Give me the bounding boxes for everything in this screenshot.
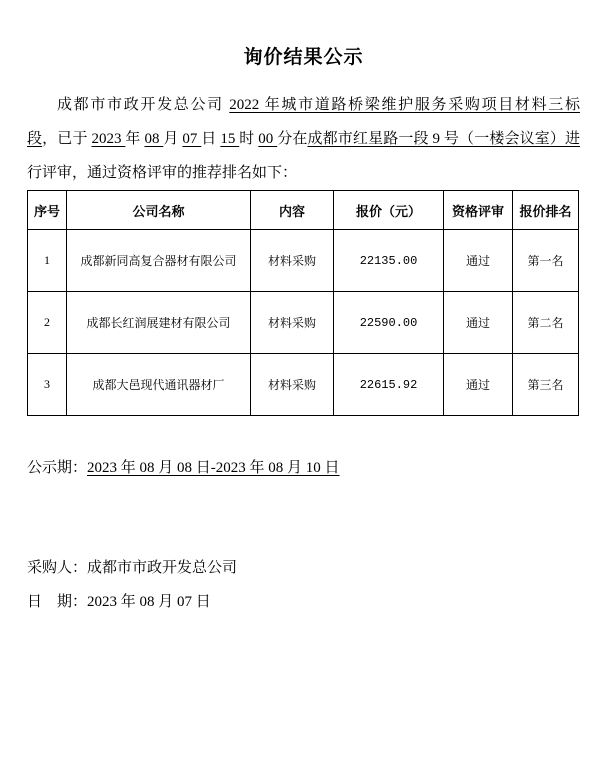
project-name-continued: 段 bbox=[27, 131, 42, 147]
review-month: 08 bbox=[144, 131, 163, 147]
page-title: 询价结果公示 bbox=[27, 0, 580, 68]
publicity-period-line: 公示期：2023 年 08 月 08 日-2023 年 08 月 10 日 bbox=[27, 458, 580, 478]
announcement-document: 询价结果公示 成都市市政开发总公司 2022 年城市道路桥梁维护服务采购项目材料… bbox=[0, 0, 606, 784]
header-company-name: 公司名称 bbox=[67, 191, 251, 230]
intro-text: 年 bbox=[125, 131, 144, 147]
table-row: 3 成都大邑现代通讯器材厂 材料采购 22615.92 通过 第三名 bbox=[28, 354, 579, 416]
table-row: 1 成都新同高复合器材有限公司 材料采购 22135.00 通过 第一名 bbox=[28, 230, 579, 292]
ranking-table: 序号 公司名称 内容 报价（元） 资格评审 报价排名 1 成都新同高复合器材有限… bbox=[27, 190, 579, 416]
intro-text: 分在 bbox=[277, 131, 307, 147]
header-qualification-review: 资格评审 bbox=[444, 191, 513, 230]
intro-line-1: 成都市市政开发总公司 2022 年城市道路桥梁维护服务采购项目材料三标 bbox=[27, 88, 580, 122]
cell-content: 材料采购 bbox=[251, 354, 334, 416]
intro-text: 月 bbox=[163, 131, 182, 147]
intro-paragraph: 成都市市政开发总公司 2022 年城市道路桥梁维护服务采购项目材料三标 段，已于… bbox=[27, 88, 580, 190]
cell-review: 通过 bbox=[444, 292, 513, 354]
cell-company-name: 成都新同高复合器材有限公司 bbox=[67, 230, 251, 292]
project-name-underlined: 2022 年城市道路桥梁维护服务采购项目材料三标 bbox=[229, 97, 580, 113]
purchaser-line: 采购人：成都市市政开发总公司 bbox=[27, 558, 580, 578]
cell-seq-no: 3 bbox=[28, 354, 67, 416]
cell-price: 22615.92 bbox=[334, 354, 444, 416]
publicity-period-label: 公示期： bbox=[27, 460, 87, 476]
cell-price: 22135.00 bbox=[334, 230, 444, 292]
header-seq-no: 序号 bbox=[28, 191, 67, 230]
cell-review: 通过 bbox=[444, 230, 513, 292]
review-minute: 00 bbox=[258, 131, 277, 147]
intro-text: ，已于 bbox=[42, 131, 91, 147]
intro-line-3: 行评审，通过资格评审的推荐排名如下： bbox=[27, 156, 580, 190]
date-line: 日 期：2023 年 08 月 07 日 bbox=[27, 592, 580, 612]
header-content: 内容 bbox=[251, 191, 334, 230]
review-year: 2023 bbox=[91, 131, 125, 147]
review-day: 07 bbox=[182, 131, 201, 147]
intro-text: 成都市市政开发总公司 bbox=[57, 97, 229, 113]
cell-rank: 第三名 bbox=[513, 354, 579, 416]
intro-text: 时 bbox=[239, 131, 258, 147]
intro-line-2: 段，已于 2023 年 08 月 07 日 15 时 00 分在成都市红星路一段… bbox=[27, 122, 580, 156]
cell-price: 22590.00 bbox=[334, 292, 444, 354]
header-price: 报价（元） bbox=[334, 191, 444, 230]
cell-seq-no: 1 bbox=[28, 230, 67, 292]
cell-review: 通过 bbox=[444, 354, 513, 416]
cell-rank: 第一名 bbox=[513, 230, 579, 292]
publicity-period-value: 2023 年 08 月 08 日-2023 年 08 月 10 日 bbox=[87, 460, 340, 476]
review-hour: 15 bbox=[220, 131, 239, 147]
date-label: 日 期： bbox=[27, 594, 87, 610]
date-value: 2023 年 08 月 07 日 bbox=[87, 594, 211, 610]
cell-content: 材料采购 bbox=[251, 292, 334, 354]
table-header-row: 序号 公司名称 内容 报价（元） 资格评审 报价排名 bbox=[28, 191, 579, 230]
purchaser-label: 采购人： bbox=[27, 560, 87, 576]
header-price-rank: 报价排名 bbox=[513, 191, 579, 230]
purchaser-value: 成都市市政开发总公司 bbox=[87, 560, 237, 576]
table-row: 2 成都长红润展建材有限公司 材料采购 22590.00 通过 第二名 bbox=[28, 292, 579, 354]
cell-rank: 第二名 bbox=[513, 292, 579, 354]
cell-content: 材料采购 bbox=[251, 230, 334, 292]
cell-seq-no: 2 bbox=[28, 292, 67, 354]
cell-company-name: 成都大邑现代通讯器材厂 bbox=[67, 354, 251, 416]
intro-text: 行评审，通过资格评审的推荐排名如下： bbox=[27, 165, 297, 181]
cell-company-name: 成都长红润展建材有限公司 bbox=[67, 292, 251, 354]
intro-text: 日 bbox=[201, 131, 220, 147]
review-location-underlined: 成都市红星路一段 9 号（一楼会议室）进 bbox=[308, 131, 581, 147]
